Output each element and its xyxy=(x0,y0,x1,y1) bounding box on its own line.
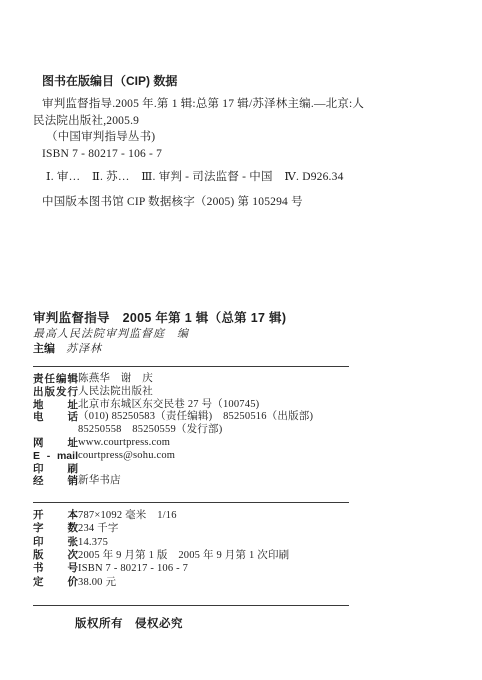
publisher-info-label: 出版发行 xyxy=(33,386,78,399)
book-title: 审判监督指导 2005 年第 1 辑（总第 17 辑) xyxy=(33,310,482,326)
cip-record-number: 中国版本图书馆 CIP 数据核字（2005) 第 105294 号 xyxy=(42,194,452,211)
publisher-info-label: 经销 xyxy=(33,475,78,488)
publisher-info-row: 网址 www.courtpress.com xyxy=(33,437,482,450)
publisher-info-label: E - mail xyxy=(33,450,78,463)
publisher-info-value: 陈燕华 谢 庆 xyxy=(78,373,482,386)
publisher-info-row: 电话 （010) 85250583（责任编辑) 85250516（出版部) xyxy=(33,411,482,424)
cip-classification: Ⅰ. 审… Ⅱ. 苏… Ⅲ. 审判 - 司法监督 - 中国 Ⅳ. D926.34 xyxy=(46,169,452,186)
publisher-info-row: 出版发行 人民法院出版社 xyxy=(33,386,482,399)
print-spec-row: 版次 2005 年 9 月第 1 版 2005 年 9 月第 1 次印刷 xyxy=(33,549,482,562)
print-spec-value: 787×1092 毫米 1/16 xyxy=(78,509,482,522)
print-spec-label: 书号 xyxy=(33,562,78,575)
print-spec-value: 234 千字 xyxy=(78,522,482,535)
chief-editor-name: 苏泽林 xyxy=(66,343,102,355)
print-spec-row: 印张 14.375 xyxy=(33,536,482,549)
publisher-info-row: 经销 新华书店 xyxy=(33,475,482,488)
cip-description-line1: 审判监督指导.2005 年.第 1 辑:总第 17 辑/苏泽林主编.—北京:人 xyxy=(42,96,452,113)
print-spec-value: 14.375 xyxy=(78,536,482,549)
publisher-info-row: E - mail courtpress@sohu.com xyxy=(33,450,482,463)
print-spec-row: 开本 787×1092 毫米 1/16 xyxy=(33,509,482,522)
divider-rule-bottom xyxy=(33,605,349,606)
publisher-info-row: 85250558 85250559（发行部) xyxy=(33,424,482,437)
book-copyright-page: 图书在版编目（CIP) 数据 审判监督指导.2005 年.第 1 辑:总第 17… xyxy=(0,0,482,680)
publisher-info-label: 电话 xyxy=(33,411,78,424)
print-spec-label: 印张 xyxy=(33,536,78,549)
cip-series-note: （中国审判指导丛书) xyxy=(46,129,452,146)
cip-description-line2: 民法院出版社,2005.9 xyxy=(33,113,452,130)
publisher-info-label: 责任编辑 xyxy=(33,373,78,386)
publisher-info-value: 85250558 85250559（发行部) xyxy=(78,424,482,437)
print-specs-block: 开本 787×1092 毫米 1/16 字数 234 千字 印张 14.375 … xyxy=(33,503,482,596)
publisher-info-value: 新华书店 xyxy=(78,475,482,488)
cip-header: 图书在版编目（CIP) 数据 xyxy=(42,74,452,88)
publisher-info-row: 印刷 xyxy=(33,463,482,476)
print-spec-row: 定价 38.00 元 xyxy=(33,576,482,589)
print-spec-row: 书号 ISBN 7 - 80217 - 106 - 7 xyxy=(33,562,482,575)
print-spec-row: 字数 234 千字 xyxy=(33,522,482,535)
publisher-info-value: www.courtpress.com xyxy=(78,437,482,450)
print-spec-value: 38.00 元 xyxy=(78,576,482,589)
editing-department: 最高人民法院审判监督庭 编 xyxy=(33,326,482,342)
print-spec-label: 定价 xyxy=(33,576,78,589)
chief-editor-line: 主编苏泽林 xyxy=(33,342,482,357)
publisher-info-label: 地址 xyxy=(33,399,78,412)
copyright-notice: 版权所有 侵权必究 xyxy=(75,615,482,631)
publisher-info-row: 地址 北京市东城区东交民巷 27 号（100745) xyxy=(33,399,482,412)
print-spec-label: 开本 xyxy=(33,509,78,522)
title-block: 审判监督指导 2005 年第 1 辑（总第 17 辑) 最高人民法院审判监督庭 … xyxy=(33,310,482,357)
chief-editor-label: 主编 xyxy=(33,343,55,355)
publisher-info-label xyxy=(33,424,78,437)
publisher-info-value: courtpress@sohu.com xyxy=(78,450,482,463)
print-spec-label: 版次 xyxy=(33,549,78,562)
publisher-info-value xyxy=(78,463,482,476)
print-spec-value: ISBN 7 - 80217 - 106 - 7 xyxy=(78,562,482,575)
publisher-info-label: 印刷 xyxy=(33,463,78,476)
print-spec-label: 字数 xyxy=(33,522,78,535)
cip-isbn: ISBN 7 - 80217 - 106 - 7 xyxy=(42,146,452,163)
publisher-info-label: 网址 xyxy=(33,437,78,450)
publisher-info-value: （010) 85250583（责任编辑) 85250516（出版部) xyxy=(78,411,482,424)
cip-block: 图书在版编目（CIP) 数据 审判监督指导.2005 年.第 1 辑:总第 17… xyxy=(33,0,452,210)
publisher-info-value: 北京市东城区东交民巷 27 号（100745) xyxy=(78,399,482,412)
publisher-info-value: 人民法院出版社 xyxy=(78,386,482,399)
publisher-info-row: 责任编辑 陈燕华 谢 庆 xyxy=(33,373,482,386)
print-spec-value: 2005 年 9 月第 1 版 2005 年 9 月第 1 次印刷 xyxy=(78,549,482,562)
publisher-info-block: 责任编辑 陈燕华 谢 庆 出版发行 人民法院出版社 地址 北京市东城区东交民巷 … xyxy=(33,367,482,493)
